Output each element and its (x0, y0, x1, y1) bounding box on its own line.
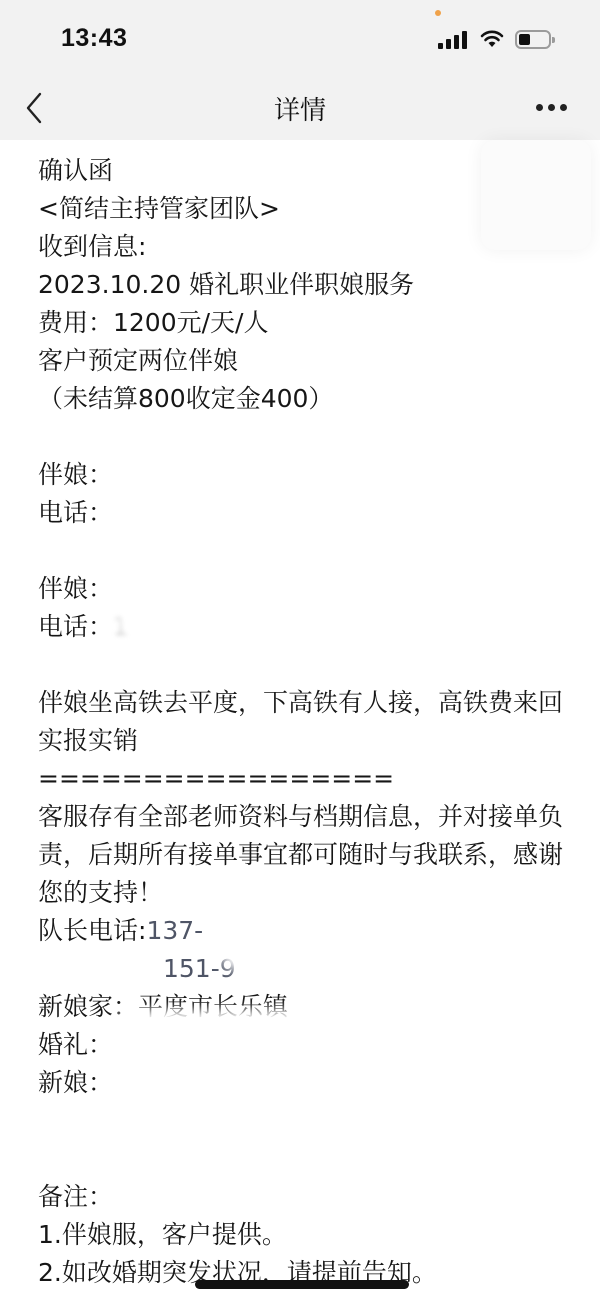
captain-phone-label: 队长电话: (38, 916, 146, 945)
bridesmaid-2-phone-label: 电话： (38, 612, 113, 641)
service-note: 客服存有全部老师资料与档期信息，并对接单负责，后期所有接单事宜都可随时与我联系，… (38, 798, 568, 912)
redaction-blur (118, 458, 228, 528)
privacy-indicator-dot (435, 10, 441, 16)
status-time: 13:43 (61, 24, 127, 53)
more-icon[interactable] (534, 102, 570, 114)
message-title: 确认函 (38, 152, 568, 190)
settlement-line: （未结算800收定金400） (38, 380, 568, 418)
team-name: <简结主持管家团队> (38, 190, 568, 228)
home-indicator[interactable] (195, 1280, 409, 1289)
received-label: 收到信息: (38, 228, 568, 266)
service-line: 2023.10.20 婚礼职业伴职娘服务 (38, 266, 568, 304)
page-title: 详情 (0, 90, 600, 127)
remarks-label: 备注： (38, 1178, 568, 1216)
fee-line: 费用：1200元/天/人 (38, 304, 568, 342)
bridesmaid-2-phone-row: 电话：1 (38, 608, 568, 646)
wifi-icon (480, 29, 504, 49)
redaction-blur (118, 1010, 338, 1130)
signal-icon (438, 31, 468, 49)
booking-line: 客户预定两位伴娘 (38, 342, 568, 380)
redaction-blur (222, 900, 422, 970)
bridesmaid-2-name: 伴娘： (38, 570, 568, 608)
captain-phone-1[interactable]: 137- (146, 916, 203, 945)
remark-1: 1.伴娘服，客户提供。 (38, 1216, 568, 1254)
battery-icon (515, 30, 551, 49)
transport-note: 伴娘坐高铁去平度，下高铁有人接，高铁费来回实报实销 (38, 684, 568, 760)
divider-line: ================= (38, 760, 568, 798)
status-bar: 13:43 (0, 0, 600, 80)
redaction-blur (120, 565, 210, 635)
nav-bar: 详情 (0, 80, 600, 140)
